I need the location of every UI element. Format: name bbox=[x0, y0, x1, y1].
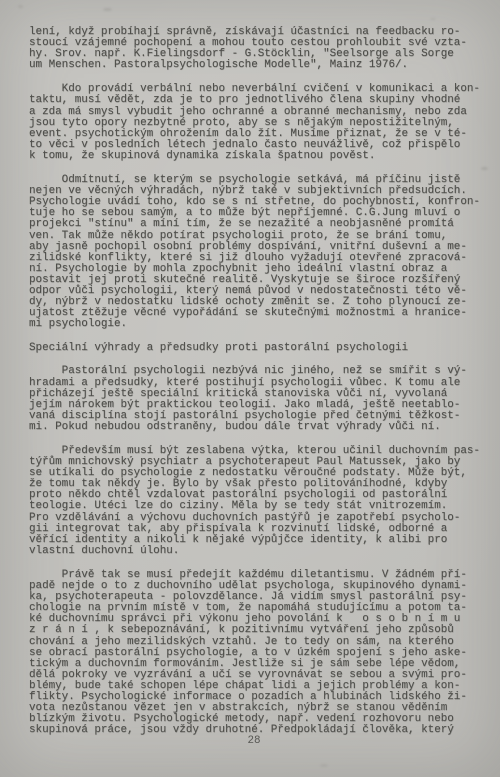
text-line: mi. Pokud nebudou odstraněny, budou dále… bbox=[29, 422, 489, 433]
paragraph: Pastorální psychologii nezbývá nic jinéh… bbox=[29, 366, 489, 433]
text-line: Pastorální psychologii nezbývá nic jinéh… bbox=[29, 366, 489, 377]
scan-artifact bbox=[430, 18, 436, 20]
text-line: hradami a předsudky, které postihují psy… bbox=[29, 378, 489, 389]
paragraph: Právě tak se musí předejít každému dilet… bbox=[29, 570, 489, 736]
text-line: Pro vzdělávání a výchovu duchovních past… bbox=[29, 513, 489, 524]
section-heading: Speciální výhrady a předsudky proti past… bbox=[29, 343, 489, 354]
scan-artifact bbox=[320, 764, 328, 767]
scan-artifact bbox=[103, 8, 112, 11]
text-line: mi psychologie. bbox=[29, 319, 489, 330]
text-line: Speciální výhrady a předsudky proti past… bbox=[29, 343, 489, 354]
document-body: lení, když probíhají správně, získávají … bbox=[29, 27, 489, 749]
paragraph: lení, když probíhají správně, získávají … bbox=[29, 27, 489, 71]
paragraph: Především musí být zeslabena výtka, kter… bbox=[29, 446, 489, 557]
scanned-document-page: lení, když probíhají správně, získávají … bbox=[0, 0, 500, 777]
scan-artifact bbox=[18, 5, 23, 8]
text-line: chování a jeho mezilidských vztahů. Je t… bbox=[29, 637, 489, 648]
text-line: k tomu, že skupinová dynamika získala šp… bbox=[29, 151, 489, 162]
text-line: z r á n í , k sebepoznávání, k pozitivní… bbox=[29, 625, 489, 636]
text-line: um Menschen. Pastoralpsychologische Mode… bbox=[29, 60, 489, 71]
text-line: teologie. Utéci lze do ciziny. Měla by s… bbox=[29, 501, 489, 512]
text-line: vlastní duchovní úlohu. bbox=[29, 546, 489, 557]
page-number: 28 bbox=[29, 735, 479, 747]
text-line: projekci "stínu" a míní tím, že se nezaž… bbox=[29, 219, 489, 230]
paragraph: Kdo provádí verbální nebo neverbální cvi… bbox=[29, 84, 489, 162]
text-line: ven. Tak může někdo potírat psychologii … bbox=[29, 231, 489, 242]
text-line: taktu, musí vědět, zda je to pro jednotl… bbox=[29, 95, 489, 106]
text-line: a zda má smysl vybudit jeho ochranné a o… bbox=[29, 107, 489, 118]
paragraph: Odmítnutí, se kterým se psychologie setk… bbox=[29, 175, 489, 330]
